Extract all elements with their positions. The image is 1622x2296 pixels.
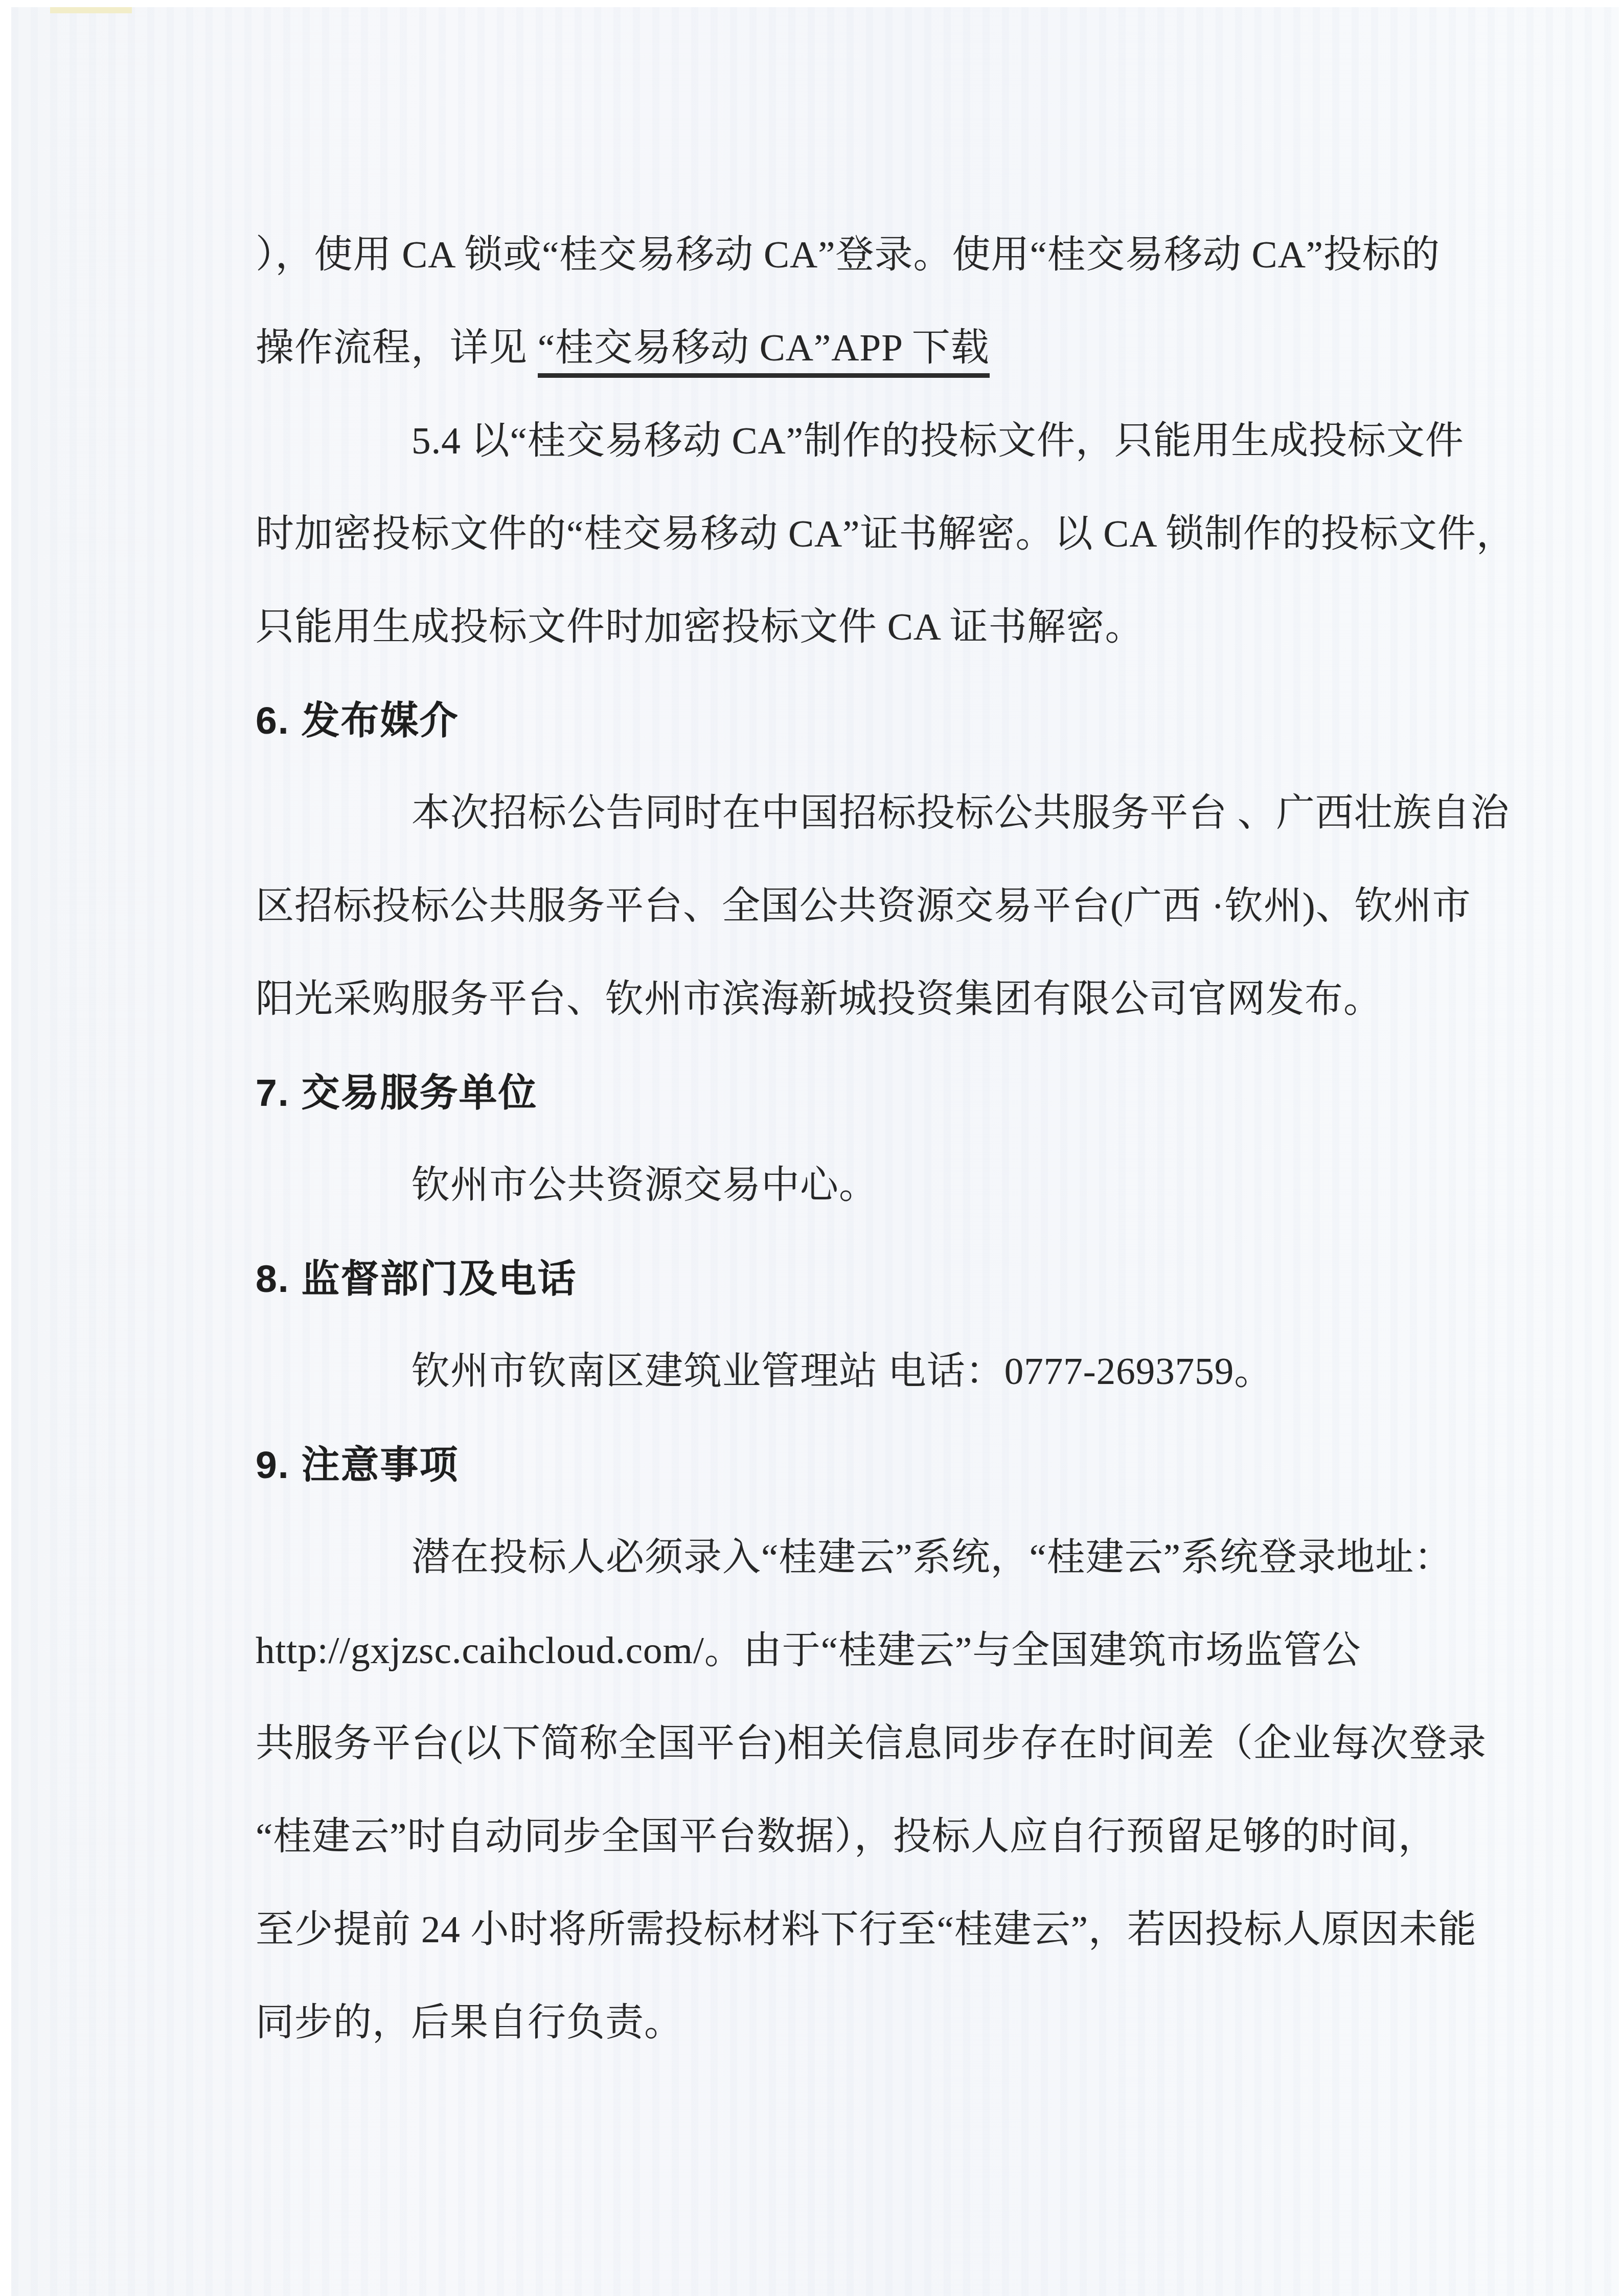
section-6-heading: 6. 发布媒介 (256, 674, 1480, 767)
section-6-body-line-3: 阳光采购服务平台、钦州市滨海新城投资集团有限公司官网发布。 (256, 953, 1480, 1046)
section-7-heading: 7. 交易服务单位 (256, 1046, 1480, 1139)
section-9-heading: 9. 注意事项 (256, 1418, 1480, 1511)
section-9-body-line-2: http://gxjzsc.caihcloud.com/。由于“桂建云”与全国建… (256, 1604, 1480, 1697)
section-9-body-line-5: 至少提前 24 小时将所需投标材料下行至“桂建云”，若因投标人原因未能 (256, 1883, 1480, 1976)
scanner-artifact (50, 7, 132, 13)
section-9-body-line-3: 共服务平台(以下简称全国平台)相关信息同步存在时间差（企业每次登录 (256, 1697, 1480, 1790)
section-6-body-line-1: 本次招标公告同时在中国招标投标公共服务平台 、广西壮族自治 (256, 767, 1480, 860)
app-download-line-prefix: 操作流程，详见 (256, 327, 538, 369)
section-8-body-line: 钦州市钦南区建筑业管理站 电话：0777-2693759。 (256, 1325, 1480, 1418)
clause-5-4-line-3: 只能用生成投标文件时加密投标文件 CA 证书解密。 (256, 581, 1480, 674)
document-content: ），使用 CA 锁或“桂交易移动 CA”登录。使用“桂交易移动 CA”投标的 操… (256, 209, 1480, 2070)
app-download-line: 操作流程，详见 “桂交易移动 CA”APP 下载 (256, 302, 1480, 395)
scanned-document: { "doc": { "paper_tint_color": "#f6f7fa"… (0, 0, 1622, 2296)
clause-5-4-line-1: 5.4 以“桂交易移动 CA”制作的投标文件，只能用生成投标文件 (256, 395, 1480, 488)
section-9-body-line-6: 同步的，后果自行负责。 (256, 1976, 1480, 2070)
section-9-body-line-1: 潜在投标人必须录入“桂建云”系统，“桂建云”系统登录地址： (256, 1511, 1480, 1604)
clause-5-3-continuation-line: ），使用 CA 锁或“桂交易移动 CA”登录。使用“桂交易移动 CA”投标的 (256, 209, 1480, 302)
section-7-body-line: 钦州市公共资源交易中心。 (256, 1139, 1480, 1232)
section-6-body-line-2: 区招标投标公共服务平台、全国公共资源交易平台(广西 ·钦州)、钦州市 (256, 860, 1480, 953)
app-download-link[interactable]: “桂交易移动 CA”APP 下载 (538, 327, 990, 378)
section-8-heading: 8. 监督部门及电话 (256, 1232, 1480, 1325)
document-page: ），使用 CA 锁或“桂交易移动 CA”登录。使用“桂交易移动 CA”投标的 操… (11, 7, 1619, 2296)
section-9-body-line-4: “桂建云”时自动同步全国平台数据），投标人应自行预留足够的时间， (256, 1790, 1480, 1883)
clause-5-4-line-2: 时加密投标文件的“桂交易移动 CA”证书解密。以 CA 锁制作的投标文件， (256, 488, 1480, 581)
